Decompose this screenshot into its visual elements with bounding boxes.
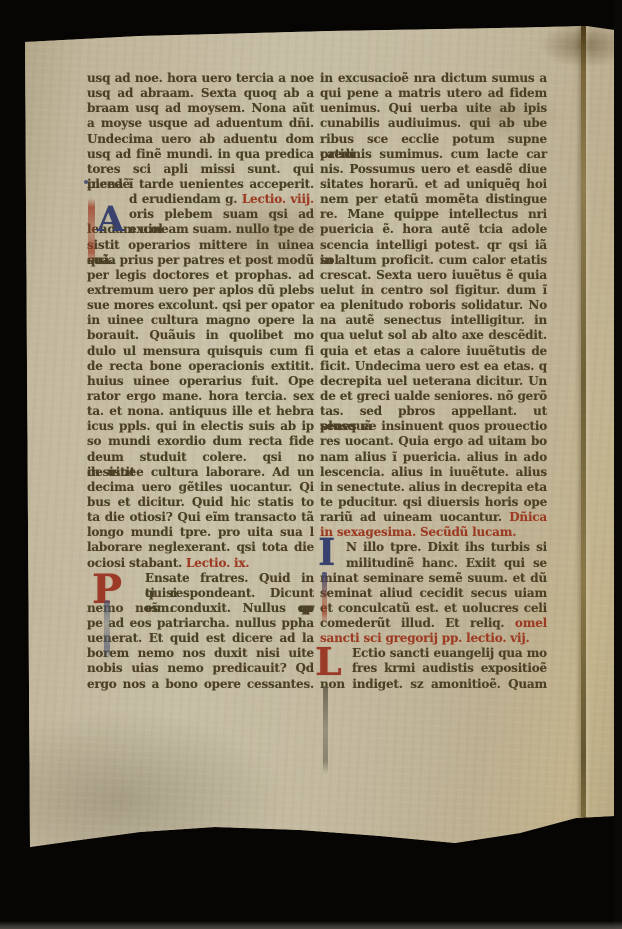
manuscript-text-line: Ectio sancti euangelij qua mo <box>320 646 547 661</box>
manuscript-photograph: usq ad noe. hora uero tercia a noeusq ad… <box>0 0 622 929</box>
manuscript-text-line: minat seminare semẽ suum. et dũ <box>320 571 547 586</box>
rubric-text: Dñica <box>509 510 547 524</box>
manuscript-text-line: extremum uero per aplos dũ plebs <box>87 283 314 298</box>
manuscript-text-line: nobis uias nemo predicauit? Qd <box>87 661 314 676</box>
body-text: nobis uias nemo predicauit? Qd <box>87 661 314 675</box>
manuscript-text-line: sancti sci gregorij pp. lectio. vij. <box>320 631 547 646</box>
drop-cap-initial-l: L <box>315 643 342 681</box>
body-text: icus ppls. qui in electis suis ab ip <box>87 419 314 433</box>
body-text: nam alius ĩ puericia. alius in ado <box>320 450 547 464</box>
manuscript-text-line: laborare neglexerant. qsi tota die <box>87 540 314 555</box>
body-text: sue mores excolunt. qsi per opator <box>87 298 314 312</box>
body-text: braam usq ad moysem. Nona aũt <box>87 101 314 115</box>
body-text: quia prius per patres et post modũ <box>87 253 314 267</box>
parchment-page: usq ad noe. hora uero tercia a noeusq ad… <box>0 0 622 929</box>
body-text: res uocant. Quia ergo ad uitam bo <box>320 434 547 448</box>
manuscript-text-line: borem nemo nos duxit nisi uite <box>87 646 314 661</box>
manuscript-text-line: rariũ ad uineam uocantur. Dñica <box>320 510 547 525</box>
body-text: quia et etas a calore iuuẽtutis de <box>320 344 547 358</box>
body-text: rator ergo mane. hora tercia. sex <box>87 389 314 403</box>
manuscript-text-line: bus et dicitur. Quid hic statis to <box>87 495 314 510</box>
body-text: minat seminare semẽ suum. et dũ <box>320 571 547 585</box>
photo-bottom-strip <box>0 921 622 929</box>
body-text: decima uero gẽtiles uocantur. Qi <box>87 480 314 494</box>
book-edge-shadow <box>614 0 622 929</box>
body-text: sitates horarũ. et ad uniquẽq hoi <box>320 177 547 191</box>
body-text: in altum proficit. cum calor etatis <box>320 253 547 267</box>
manuscript-text-line: ea plenitudo roboris solidatur. No <box>320 298 547 313</box>
body-text: ea plenitudo roboris solidatur. No <box>320 298 547 312</box>
body-text: N illo tpre. Dixit ihs turbis si <box>346 540 547 554</box>
manuscript-text-line: decrepita uel ueterana dicitur. Un <box>320 374 547 389</box>
manuscript-text-line: icus ppls. qui in electis suis ab ip <box>87 419 314 434</box>
manuscript-text-line: res uocant. Quia ergo ad uitam bo <box>320 434 547 449</box>
manuscript-text-line: fres krmi audistis expositioẽ <box>320 661 547 676</box>
body-text: ta. et nona. antiquus ille et hebra <box>87 404 314 418</box>
body-text: rariũ ad uineam uocantur. <box>320 510 509 524</box>
body-text: so mundi exordio dum recta fide <box>87 434 314 448</box>
body-text: decrepita uel ueterana dicitur. Un <box>320 374 547 388</box>
manuscript-text-line: huius uinee operarius fuit. Ope <box>87 374 314 389</box>
manuscript-text-line: de recta bone operacionis extitit. <box>87 359 314 374</box>
body-text: Ectio sancti euangelij qua mo <box>352 646 547 660</box>
body-text: laborare neglexerant. qsi tota die <box>87 540 314 554</box>
manuscript-text-line: uenerat. Et quid est dicere ad la <box>87 631 314 646</box>
body-text: usq ad noe. hora uero tercia a noe <box>87 71 314 85</box>
manuscript-text-line: tas. sed pbros appellant. ut plusquã <box>320 404 547 419</box>
drop-cap-initial-p: P <box>92 570 122 610</box>
body-text: uenimus. Qui uerba uite ab ipis <box>320 101 547 115</box>
body-text: lescencia. alius in iuuẽtute. alius <box>320 465 547 479</box>
manuscript-text-line: nem per etatũ momẽta distingue <box>320 192 547 207</box>
body-text: fres krmi audistis expositioẽ <box>352 661 547 675</box>
manuscript-text-line: senes ee insinuent quos prouectio <box>320 419 547 434</box>
manuscript-text-line: comederũt illud. Et reliq. omel <box>320 616 547 631</box>
manuscript-text-line: de et greci ualde seniores. nõ gerõ <box>320 389 547 404</box>
body-text: in uinee cultura laborare. Ad un <box>87 465 314 479</box>
manuscript-text-line: uelut in centro sol figitur. dum ĩ <box>320 283 547 298</box>
manuscript-text-line: crescat. Sexta uero iuuẽtus ẽ quia <box>320 268 547 283</box>
manuscript-text-line: longo mundi tpre. pro uita sua l <box>87 525 314 540</box>
body-text: borem nemo nos duxit nisi uite <box>87 646 314 660</box>
body-text: Undecima uero ab aduentu dom <box>87 132 314 146</box>
body-text: dulo ul mensura quisquis cum fi <box>87 344 314 358</box>
body-text: extremum uero per aplos dũ plebs <box>87 283 314 297</box>
rubric-text: Lectio. viij. <box>242 192 314 206</box>
body-text: de et greci ualde seniores. nõ gerõ <box>320 389 547 403</box>
body-text: plena ĩ tarde uenientes acceperit. <box>87 177 314 191</box>
rubric-text: sancti sci gregorij pp. lectio. vij. <box>320 631 530 645</box>
manuscript-text-line: borauit. Quãuis in quolibet mo <box>87 328 314 343</box>
body-text: in senectute. alius in decrepita eta <box>320 480 547 494</box>
body-text: d erudiendam g. <box>129 192 242 206</box>
body-text: et conculcatũ est. et uolucres celi <box>320 601 547 615</box>
body-text: ta die otiosi? Qui eĩm transacto tã <box>87 510 314 524</box>
manuscript-text-line: rator ergo mane. hora tercia. sex <box>87 389 314 404</box>
manuscript-text-line: re. Mane quippe intellectus nri <box>320 207 547 222</box>
body-text: borauit. Quãuis in quolibet mo <box>87 328 314 342</box>
manuscript-text-line: puericia ẽ. hora autẽ tcia adole <box>320 222 547 237</box>
manuscript-text-line: et conculcatũ est. et uolucres celi <box>320 601 547 616</box>
manuscript-text-line: decima uero gẽtiles uocantur. Qi <box>87 480 314 495</box>
body-text: cunabilis audiuimus. qui ab ube <box>320 116 547 130</box>
manuscript-text-line: deum studuit colere. qsi no desistit <box>87 450 314 465</box>
manuscript-text-line: seminat aliud cecidit secus uiam <box>320 586 547 601</box>
manuscript-text-line: usq ad noe. hora uero tercia a noe <box>87 71 314 86</box>
body-text: huius uinee operarius fuit. Ope <box>87 374 314 388</box>
body-text: ergo nos a bono opere cessantes. <box>87 677 314 691</box>
manuscript-text-line: ribus sce ecclie potum supne predi <box>320 132 547 147</box>
rubric-text: omel <box>515 616 547 630</box>
manuscript-text-line: so mundi exordio dum recta fide <box>87 434 314 449</box>
manuscript-text-line: militudinẽ hanc. Exiit qui se <box>320 556 547 571</box>
manuscript-text-line: sue mores excolunt. qsi per opator <box>87 298 314 313</box>
body-text: a moyse usque ad aduentum dñi. <box>87 116 314 130</box>
body-text: cationis sumimus. cum lacte car <box>320 147 547 161</box>
manuscript-text-line: pe ad eos patriarcha. nullus ppha <box>87 616 314 631</box>
manuscript-text-line: sitates horarũ. et ad uniquẽq hoi <box>320 177 547 192</box>
manuscript-text-line: cunabilis audiuimus. qui ab ube <box>320 116 547 131</box>
body-text: comederũt illud. Et reliq. <box>320 616 515 630</box>
manuscript-text-line: per legis doctores et prophas. ad <box>87 268 314 283</box>
manuscript-text-line: a moyse usque ad aduentum dñi. <box>87 116 314 131</box>
body-text: puericia ẽ. hora autẽ tcia adole <box>320 222 547 236</box>
gutter-fold-crease <box>581 26 586 820</box>
body-text: qui pene a matris utero ad fidem <box>320 86 547 100</box>
body-text: seminat aliud cecidit secus uiam <box>320 586 547 600</box>
manuscript-text-line: nam alius ĩ puericia. alius in ado <box>320 450 547 465</box>
manuscript-text-line: ergo nos a bono opere cessantes. <box>87 677 314 692</box>
body-text: ficit. Undecima uero est ea etas. q <box>320 359 547 373</box>
rubric-text: in sexagesima. Secũdũ lucam. <box>320 525 516 539</box>
manuscript-text-line: quia et etas a calore iuuẽtutis de <box>320 344 547 359</box>
body-text: de recta bone operacionis extitit. <box>87 359 314 373</box>
manuscript-text-line: qui pene a matris utero ad fidem <box>320 86 547 101</box>
body-text: usq ad abraam. Sexta quoq ab a <box>87 86 314 100</box>
manuscript-text-line: in senectute. alius in decrepita eta <box>320 480 547 495</box>
body-text: nem per etatũ momẽta distingue <box>320 192 547 206</box>
manuscript-text-line: ficit. Undecima uero est ea etas. q <box>320 359 547 374</box>
margin-penwork-dot <box>84 180 88 184</box>
body-text: te pducitur. qsi diuersis horis ope <box>320 495 547 509</box>
body-text: in uinee cultura magno opere la <box>87 313 314 327</box>
body-text: nis. Possumus uero et easdẽ diue <box>320 162 547 176</box>
manuscript-text-line: braam usq ad moysem. Nona aũt <box>87 101 314 116</box>
body-text: senes ee insinuent quos prouectio <box>320 419 547 433</box>
manuscript-text-line: tores sci apli missi sunt. qui incedẽ <box>87 162 314 177</box>
manuscript-text-line: N illo tpre. Dixit ihs turbis si <box>320 540 547 555</box>
text-column-right: in excusacioẽ nra dictum sumus aqui pene… <box>320 71 547 692</box>
body-text: pe ad eos patriarcha. nullus ppha <box>87 616 314 630</box>
manuscript-text-line: in excusacioẽ nra dictum sumus a <box>320 71 547 86</box>
penwork-flourish-l <box>323 686 328 774</box>
manuscript-text-line: non indiget. sz amonitioẽ. Quam <box>320 677 547 692</box>
manuscript-text-line: Undecima uero ab aduentu dom <box>87 132 314 147</box>
manuscript-text-line: uenimus. Qui uerba uite ab ipis <box>320 101 547 116</box>
body-text: uenerat. Et quid est dicere ad la <box>87 631 314 645</box>
manuscript-text-line: ta. et nona. antiquus ille et hebra <box>87 404 314 419</box>
manuscript-text-line: lescencia. alius in iuuẽtute. alius <box>320 465 547 480</box>
body-text: bus et dicitur. Quid hic statis to <box>87 495 314 509</box>
manuscript-text-line: in altum proficit. cum calor etatis <box>320 253 547 268</box>
rubric-text: Lectio. ix. <box>186 556 249 570</box>
manuscript-text-line: na autẽ senectus intelligitur. in <box>320 313 547 328</box>
body-text: per legis doctores et prophas. ad <box>87 268 314 282</box>
manuscript-text-line: cationis sumimus. cum lacte car <box>320 147 547 162</box>
manuscript-text-line: usq ad abraam. Sexta quoq ab a <box>87 86 314 101</box>
manuscript-text-line: scencia intelligi potest. qr qsi iã sol <box>320 238 547 253</box>
manuscript-text-line: in sexagesima. Secũdũ lucam. <box>320 525 547 540</box>
body-text: militudinẽ hanc. Exiit qui se <box>346 556 547 570</box>
body-text: in excusacioẽ nra dictum sumus a <box>320 71 547 85</box>
manuscript-text-line: in uinee cultura magno opere la <box>87 313 314 328</box>
manuscript-text-line: qua uelut sol ab alto axe descẽdit. <box>320 328 547 343</box>
body-text: longo mundi tpre. pro uita sua l <box>87 525 314 539</box>
manuscript-text-line: in uinee cultura laborare. Ad un <box>87 465 314 480</box>
body-text: re. Mane quippe intellectus nri <box>320 207 547 221</box>
body-text: crescat. Sexta uero iuuẽtus ẽ quia <box>320 268 547 282</box>
manuscript-text-line: dulo ul mensura quisquis cum fi <box>87 344 314 359</box>
body-text: usq ad finẽ mundi. in qua predica <box>87 147 314 161</box>
manuscript-text-line: plena ĩ tarde uenientes acceperit. <box>87 177 314 192</box>
manuscript-text-line: te pducitur. qsi diuersis horis ope <box>320 495 547 510</box>
body-text: uelut in centro sol figitur. dum ĩ <box>320 283 547 297</box>
manuscript-text-line: nis. Possumus uero et easdẽ diue <box>320 162 547 177</box>
body-text: non indiget. sz amonitioẽ. Quam <box>320 677 547 691</box>
manuscript-text-line: ta die otiosi? Qui eĩm transacto tã <box>87 510 314 525</box>
drop-cap-initial-i: I <box>318 534 335 571</box>
manuscript-text-line: quia prius per patres et post modũ <box>87 253 314 268</box>
manuscript-text-line: usq ad finẽ mundi. in qua predica <box>87 147 314 162</box>
body-text: qua uelut sol ab alto axe descẽdit. <box>320 328 547 342</box>
body-text: na autẽ senectus intelligitur. in <box>320 313 547 327</box>
drop-cap-initial-a: A <box>97 202 124 237</box>
